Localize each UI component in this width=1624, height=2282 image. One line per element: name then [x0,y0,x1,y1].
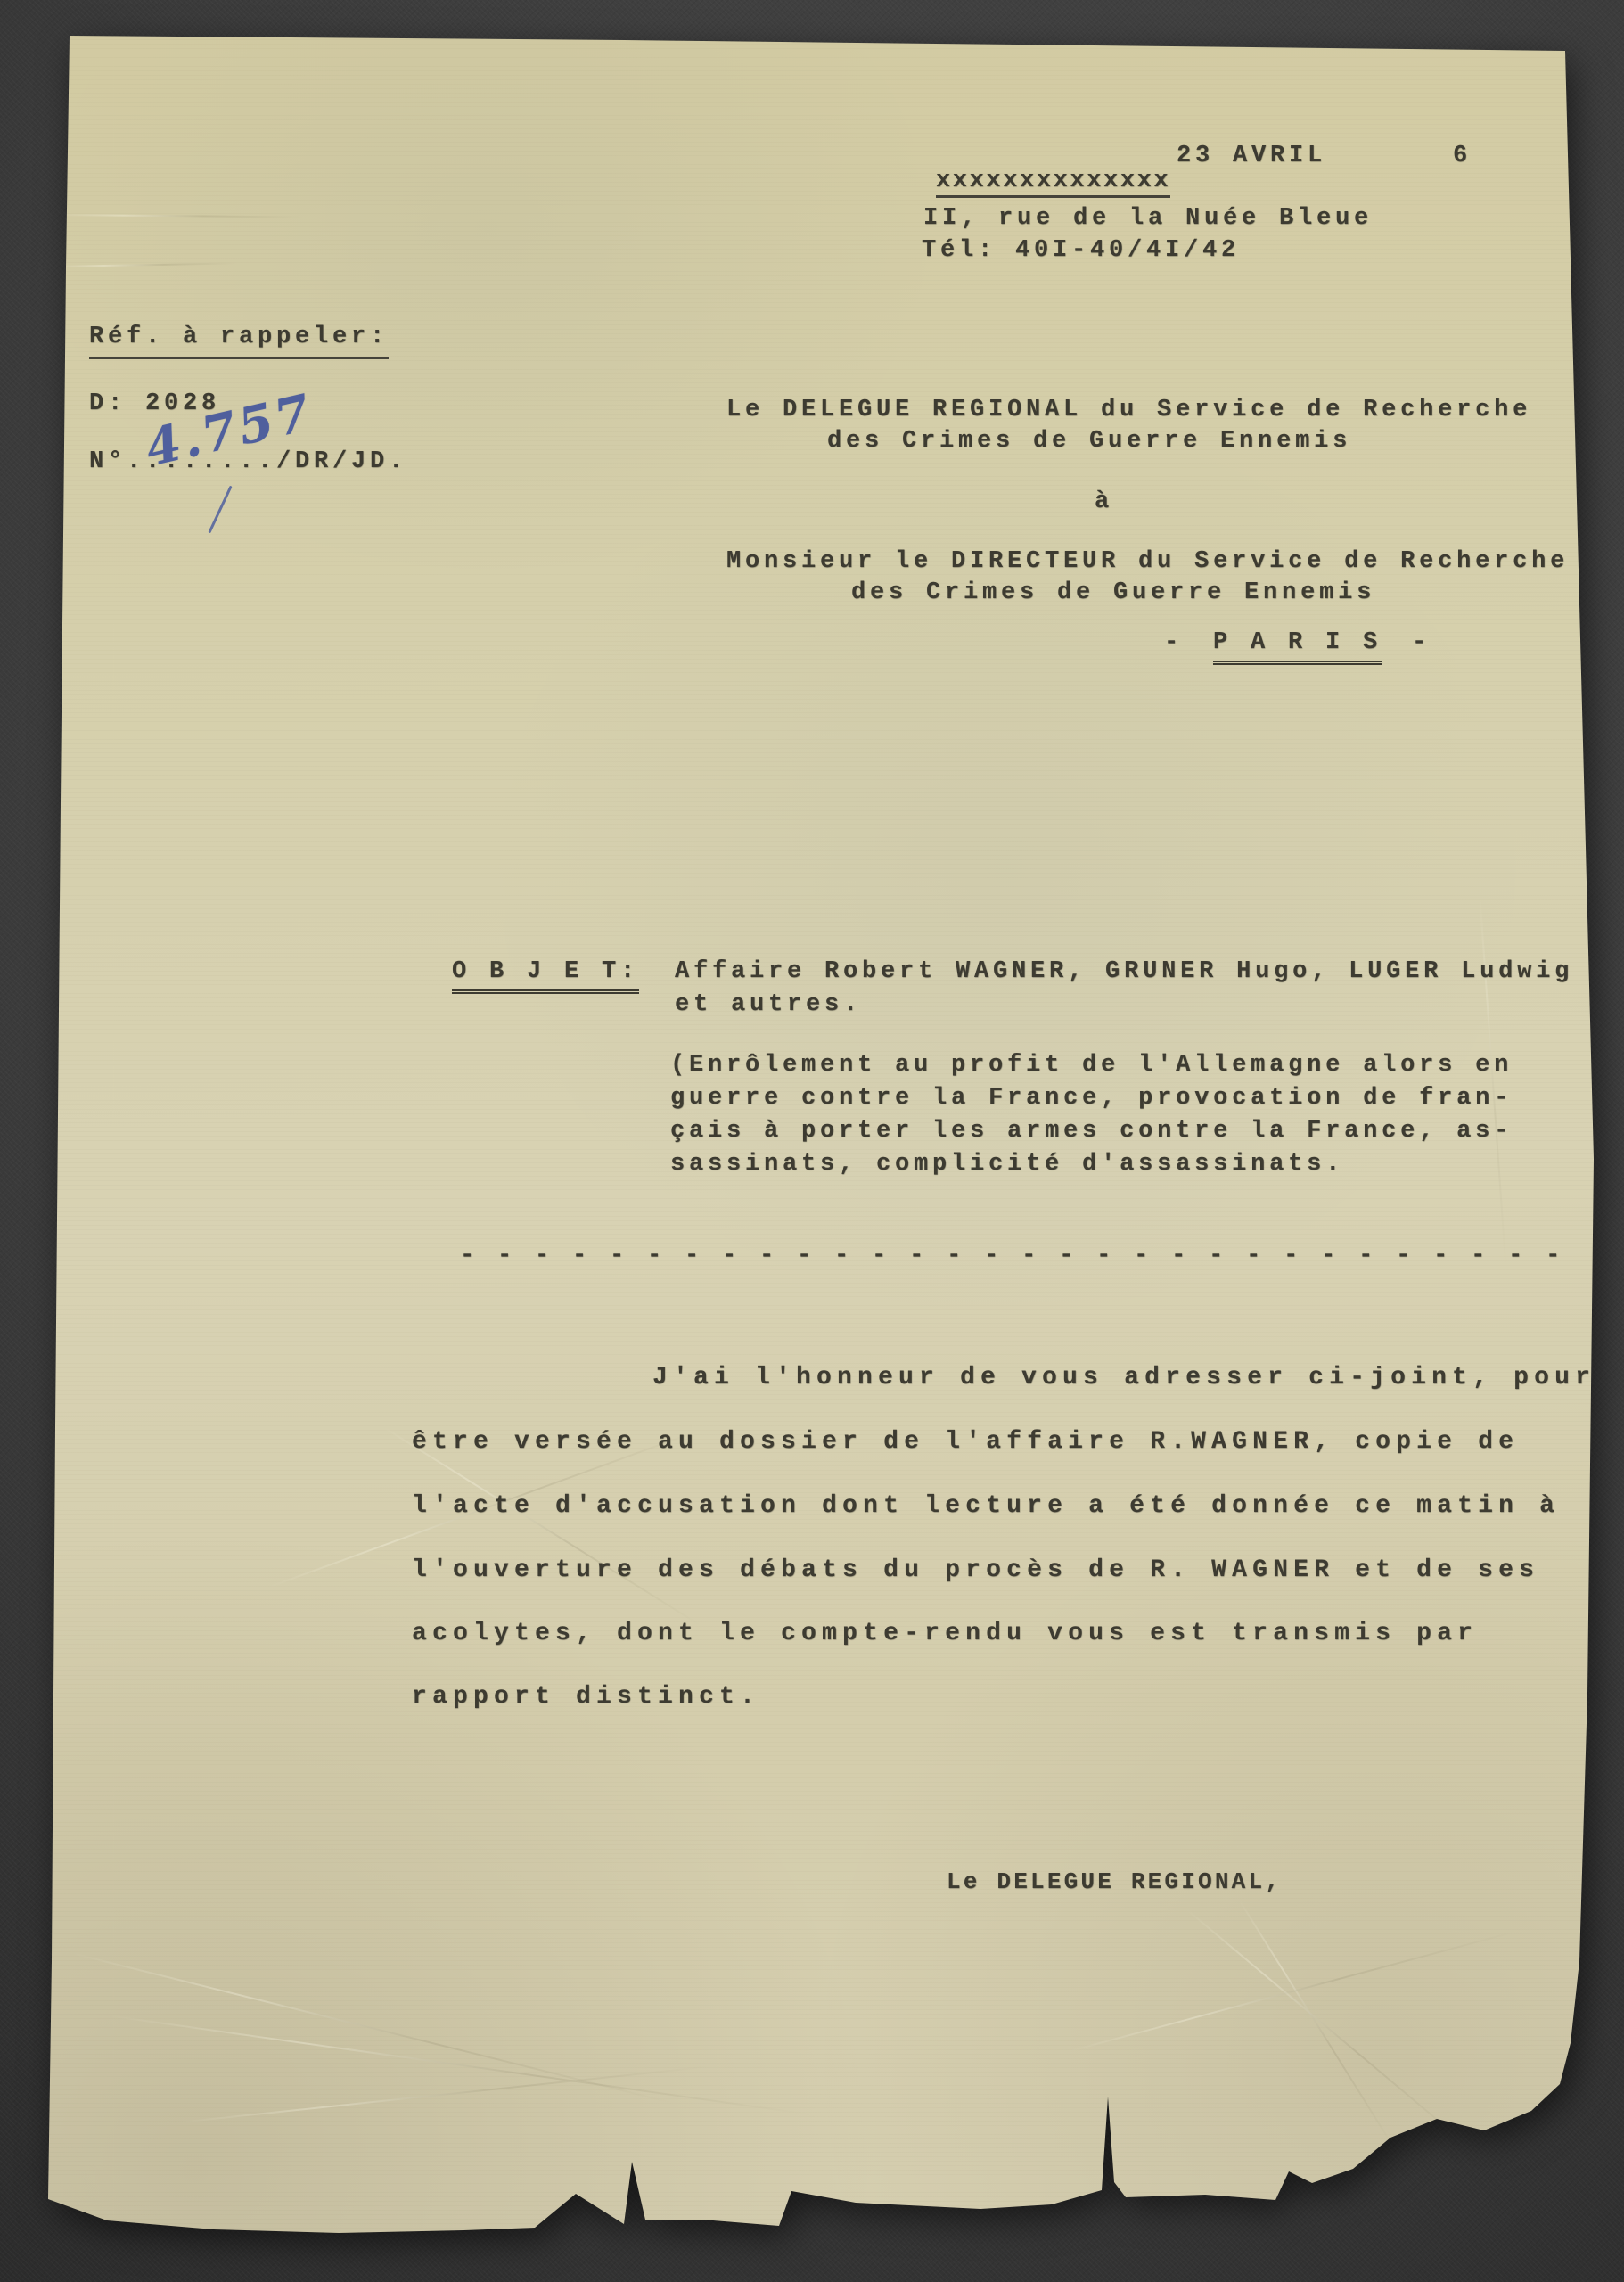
subject-detail-line: çais à porter les armes contre la France… [670,1118,1513,1145]
crease-mark [1070,1930,1518,2052]
body-line: J'ai l'honneur de vous adresser ci-joint… [652,1364,1595,1391]
addressee-title-line2: des Crimes de Guerre Ennemis [851,579,1375,606]
handwritten-pen-stroke [208,486,232,534]
connector-a: à [1095,488,1113,515]
body-line: l'acte d'accusation dont lecture a été d… [412,1492,1560,1520]
subject-line2: et autres. [675,991,862,1018]
signature-title: Le DELEGUE REGIONAL, [947,1868,1282,1895]
date-line: 23 AVRIL [1177,143,1326,169]
body-line: être versée au dossier de l'affaire R.WA… [412,1428,1519,1456]
city-line: -P A R I S- [1164,629,1431,665]
page-number: 6 [1453,143,1472,169]
crease-mark [178,2065,710,2123]
crease-mark [1185,1908,1472,2150]
subject-detail-line: guerre contre la France, provocation de … [670,1085,1513,1112]
letter-page: 23 AVRIL 6 xxxxxxxxxxxxxx II, rue de la … [0,0,1624,2282]
crease-mark [1238,1899,1396,2149]
city-name: P A R I S [1213,629,1382,665]
crossed-out-line: xxxxxxxxxxxxxx [936,168,1170,198]
crease-mark [53,214,303,218]
subject-line1: Affaire Robert WAGNER, GRUNER Hugo, LUGE… [675,958,1573,985]
city-dash-left: - [1164,629,1183,656]
scan-background: 23 AVRIL 6 xxxxxxxxxxxxxx II, rue de la … [0,0,1624,2282]
sender-title-line1: Le DELEGUE REGIONAL du Service de Recher… [726,397,1531,423]
subject-detail-line: sassinats, complicité d'assassinats. [670,1151,1344,1178]
dashed-separator: - - - - - - - - - - - - - - - - - - - - … [460,1243,1564,1269]
sender-title-line2: des Crimes de Guerre Ennemis [827,428,1351,455]
body-line: rapport distinct. [412,1683,760,1711]
subject-detail-line: (Enrôlement au profit de l'Allemagne alo… [670,1052,1513,1079]
sender-address: II, rue de la Nuée Bleue [923,205,1373,232]
reference-label: Réf. à rappeler: [89,324,389,359]
city-dash-right: - [1412,629,1431,656]
addressee-title-line1: Monsieur le DIRECTEUR du Service de Rech… [726,548,1569,575]
body-line: l'ouverture des débats du procès de R. W… [412,1556,1539,1584]
crease-mark [52,262,239,267]
paper-shadow-wrap: 23 AVRIL 6 xxxxxxxxxxxxxx II, rue de la … [0,0,1624,2282]
body-line: acolytes, dont le compte-rendu vous est … [412,1620,1478,1647]
crease-mark [1479,892,1506,1266]
sender-phone: Tél: 40I-40/4I/42 [922,237,1240,264]
subject-label: O B J E T: [452,958,639,994]
